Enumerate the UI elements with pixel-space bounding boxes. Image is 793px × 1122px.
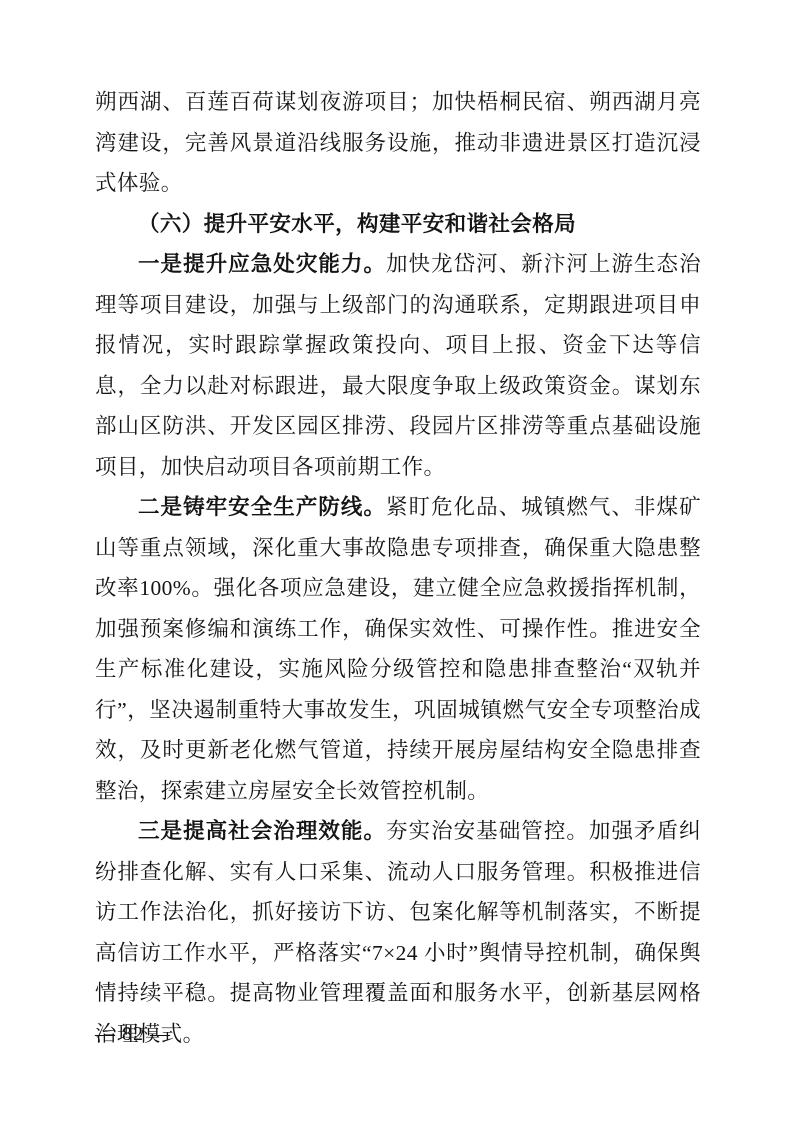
document-body: 朔西湖、百莲百荷谋划夜游项目；加快梧桐民宿、朔西湖月亮湾建设，完善风景道沿线服务… — [95, 82, 701, 1054]
paragraph-3: 三是提高社会治理效能。夯实治安基础管控。加强矛盾纠纷排查化解、实有人口采集、流动… — [95, 811, 701, 1054]
section-heading: （六）提升平安水平，构建平安和谐社会格局 — [95, 204, 701, 245]
paragraph-continuation: 朔西湖、百莲百荷谋划夜游项目；加快梧桐民宿、朔西湖月亮湾建设，完善风景道沿线服务… — [95, 82, 701, 204]
paragraph-2: 二是铸牢安全生产防线。紧盯危化品、城镇燃气、非煤矿山等重点领域，深化重大事故隐患… — [95, 487, 701, 811]
paragraph-3-lead: 三是提高社会治理效能。 — [138, 819, 386, 843]
page-number: — 82 — — [95, 1020, 171, 1048]
document-page: 朔西湖、百莲百荷谋划夜游项目；加快梧桐民宿、朔西湖月亮湾建设，完善风景道沿线服务… — [0, 0, 793, 1122]
paragraph-2-lead: 二是铸牢安全生产防线。 — [138, 495, 386, 519]
paragraph-3-body: 夯实治安基础管控。加强矛盾纠纷排查化解、实有人口采集、流动人口服务管理。积极推进… — [95, 819, 701, 1046]
paragraph-1-body: 加快龙岱河、新汴河上游生态治理等项目建设，加强与上级部门的沟通联系，定期跟进项目… — [95, 252, 701, 479]
paragraph-2-body: 紧盯危化品、城镇燃气、非煤矿山等重点领域，深化重大事故隐患专项排查，确保重大隐患… — [95, 495, 701, 803]
paragraph-1: 一是提升应急处灾能力。加快龙岱河、新汴河上游生态治理等项目建设，加强与上级部门的… — [95, 244, 701, 487]
paragraph-1-lead: 一是提升应急处灾能力。 — [138, 252, 386, 276]
